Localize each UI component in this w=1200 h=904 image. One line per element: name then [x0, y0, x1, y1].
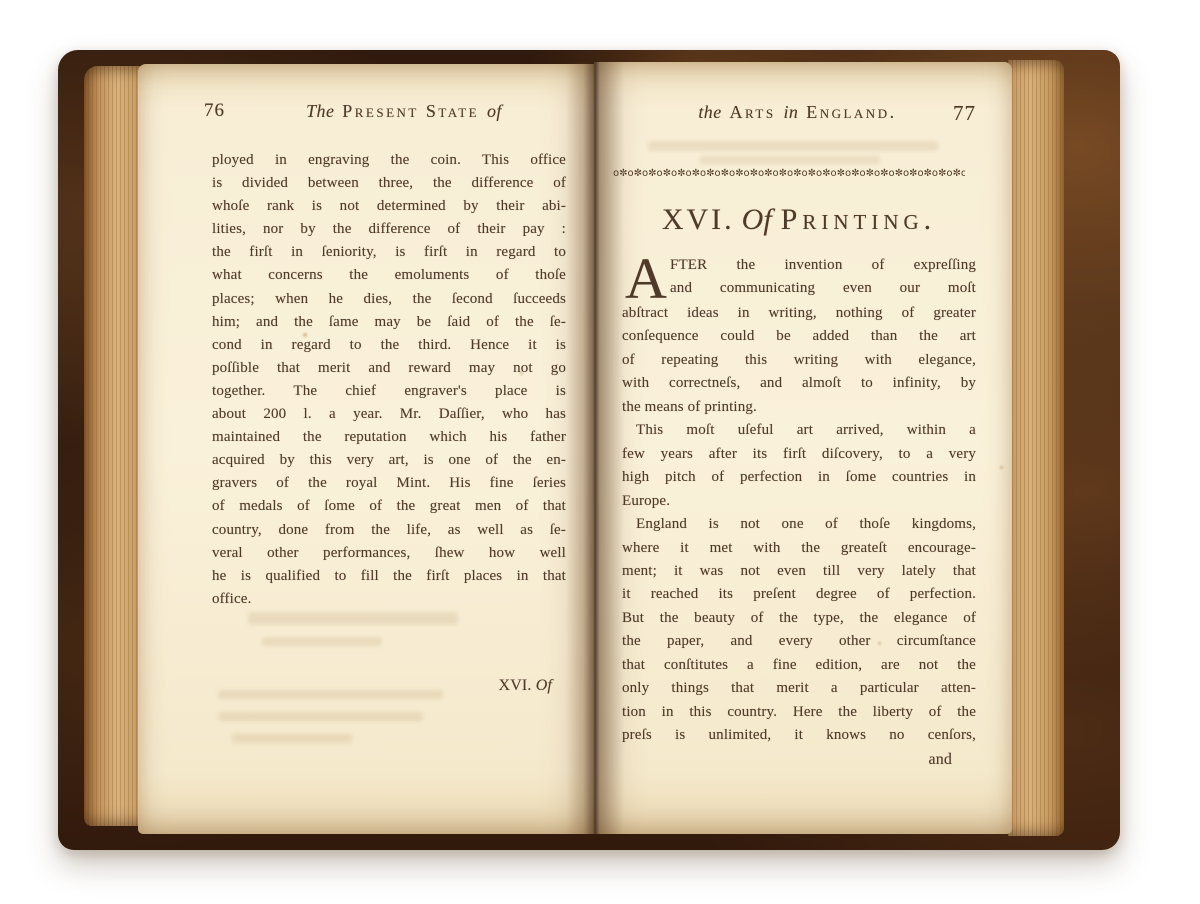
- text-line: conſequence could be added than the art: [622, 325, 976, 348]
- paragraph-2: This moſt uſeful art arrived, within afe…: [622, 419, 976, 513]
- text-line: ment; it was not even till very lately t…: [622, 560, 976, 583]
- chapter-title: Printing.: [781, 203, 937, 236]
- right-fore-edge-pages: [1008, 60, 1064, 836]
- left-page-number: 76: [204, 100, 225, 122]
- text-line: of medals of ſome of the great men of th…: [212, 495, 566, 518]
- text-line: the means of printing.: [622, 396, 976, 419]
- text-line: few years after its firſt diſcovery, to …: [622, 443, 976, 466]
- text-line: Europe.: [622, 490, 976, 513]
- text-line: preſs is unlimited, it knows no cenſors,: [622, 724, 976, 747]
- right-catchword: and: [622, 748, 976, 771]
- show-through: [248, 612, 458, 625]
- text-line: that conſtitutes a fine edition, are not…: [622, 654, 976, 677]
- text-line: England is not one of thoſe kingdoms,: [622, 513, 976, 536]
- text-line: places; when he dies, the ſecond ſucceed…: [212, 288, 566, 311]
- text-line: office.: [212, 588, 566, 611]
- chapter-heading: XVI.OfPrinting.: [622, 203, 976, 237]
- left-body-text: ployed in engraving the coin. This offic…: [212, 149, 566, 611]
- show-through: [700, 156, 880, 164]
- header-word: The: [306, 101, 334, 121]
- first-paragraph-opening: A FTER the invention of expreſſing and c…: [622, 254, 976, 302]
- paragraph-1-rest: abſtract ideas in writing, nothing of gr…: [622, 302, 976, 419]
- right-page-number: 77: [953, 101, 976, 126]
- show-through: [648, 141, 938, 151]
- left-running-header: The Present State of: [242, 101, 566, 122]
- paragraph-3: England is not one of thoſe kingdoms,whe…: [622, 513, 976, 748]
- text-line: gravers of the royal Mint. His fine ſeri…: [212, 472, 566, 495]
- drop-cap: A: [625, 255, 665, 302]
- left-catchword: XVI. Of: [212, 674, 566, 697]
- header-smallcaps: Arts: [727, 102, 779, 122]
- text-line: and communicating even our moſt: [670, 277, 976, 300]
- text-line: country, done from the life, as well as …: [212, 519, 566, 542]
- text-line: FTER the invention of expreſſing: [670, 254, 976, 277]
- text-line: acquired by this very art, is one of the…: [212, 449, 566, 472]
- header-smallcaps: England.: [803, 102, 899, 122]
- text-line: with correctneſs, and almoſt to infinity…: [622, 372, 976, 395]
- text-line: about 200 l. a year. Mr. Daſſier, who ha…: [212, 403, 566, 426]
- left-fore-edge-pages: [84, 66, 144, 826]
- right-running-header: the Arts in England.: [622, 102, 976, 123]
- catchword-number: XVI.: [498, 677, 531, 694]
- text-line: only things that merit a particular atte…: [622, 677, 976, 700]
- text-line: is divided between three, the difference…: [212, 172, 566, 195]
- ornament-divider: o✼o✼o✼o✼o✼o✼o✼o✼o✼o✼o✼o✼o✼o✼o✼o✼o✼o✼o✼o✼…: [613, 168, 965, 186]
- text-line: together. The chief engraver's place is: [212, 380, 566, 403]
- text-line: But the beauty of the type, the elegance…: [622, 607, 976, 630]
- text-line: poſſible that merit and reward may not g…: [212, 357, 566, 380]
- text-line: tion in this country. Here the liberty o…: [622, 701, 976, 724]
- text-line: lities, nor by the difference of their p…: [212, 218, 566, 241]
- text-line: cond in regard to the third. Hence it is: [212, 334, 566, 357]
- text-line: abſtract ideas in writing, nothing of gr…: [622, 302, 976, 325]
- book-photo: 76 The Present State of ployed in engrav…: [0, 0, 1200, 904]
- text-line: maintained the reputation which his fath…: [212, 426, 566, 449]
- chapter-of: Of: [742, 203, 772, 236]
- text-line: veral other performances, ſhew how well: [212, 542, 566, 565]
- header-word: in: [783, 102, 798, 122]
- text-line: what concerns the emoluments of thoſe: [212, 264, 566, 287]
- show-through: [232, 734, 352, 743]
- show-through: [262, 637, 382, 646]
- catchword-of: Of: [536, 677, 552, 694]
- header-word: the: [698, 102, 721, 122]
- text-line: the paper, and every other circumſtance: [622, 630, 976, 653]
- text-line: ployed in engraving the coin. This offic…: [212, 149, 566, 172]
- right-body-text: A FTER the invention of expreſſing and c…: [622, 254, 976, 771]
- foxing-spot: [1000, 466, 1003, 469]
- text-line: high pitch of perfection in ſome countri…: [622, 466, 976, 489]
- text-line: of repeating this writing with elegance,: [622, 349, 976, 372]
- text-line: the firſt in ſeniority, is firſt in rega…: [212, 241, 566, 264]
- drop-cap-adjacent-lines: FTER the invention of expreſſing and com…: [670, 254, 976, 301]
- text-line: where it met with the greateſt encourage…: [622, 537, 976, 560]
- header-smallcaps: Present State: [339, 101, 482, 121]
- header-word: of: [487, 101, 502, 121]
- text-line: it reached its preſent degree of perfect…: [622, 583, 976, 606]
- show-through: [218, 712, 423, 721]
- text-line: whoſe rank is not determined by their ab…: [212, 195, 566, 218]
- text-line: him; and the ſame may be ſaid of the ſe-: [212, 311, 566, 334]
- text-line: he is qualified to fill the firſt places…: [212, 565, 566, 588]
- chapter-number: XVI.: [662, 203, 735, 236]
- text-line: This moſt uſeful art arrived, within a: [622, 419, 976, 442]
